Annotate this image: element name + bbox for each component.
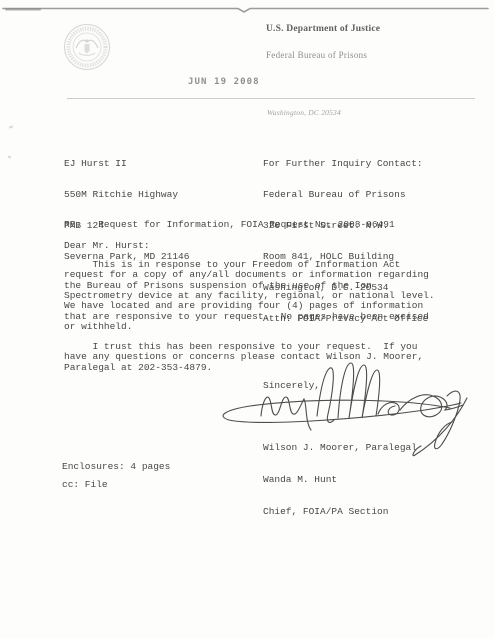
header-location: Washington, DC 20534 [267,108,341,117]
recipient-line: EJ Hurst II [64,159,189,169]
department-title: U.S. Department of Justice [266,24,380,34]
letter-page: U.S. Department of Justice Federal Burea… [0,0,494,638]
signer-name: Wilson J. Moorer, Paralegal [263,443,417,454]
scan-artifact-line [0,0,494,16]
scan-speck [8,156,11,159]
header-divider [67,98,475,99]
contact-line: For Further Inquiry Contact: [263,159,428,169]
signature-block: Wilson J. Moorer, Paralegal Wanda M. Hun… [263,421,417,540]
recipient-line: 550M Ritchie Highway [64,190,189,200]
bureau-title: Federal Bureau of Prisons [266,50,367,60]
body-paragraph-1: This is in response to your Freedom of I… [64,260,435,332]
contact-line: Federal Bureau of Prisons [263,190,428,200]
re-line: RE: Request for Information, FOIA Reques… [64,220,395,230]
salutation: Dear Mr. Hurst: [64,241,150,251]
scan-speck [9,125,13,128]
signer-title: Chief, FOIA/PA Section [263,507,417,518]
enclosures-line: Enclosures: 4 pages [62,462,170,472]
cc-line: cc: File [62,480,108,490]
date-stamp: JUN 19 2008 [188,77,260,87]
signer-for: Wanda M. Hunt [263,475,417,486]
doj-seal-icon [62,22,112,72]
